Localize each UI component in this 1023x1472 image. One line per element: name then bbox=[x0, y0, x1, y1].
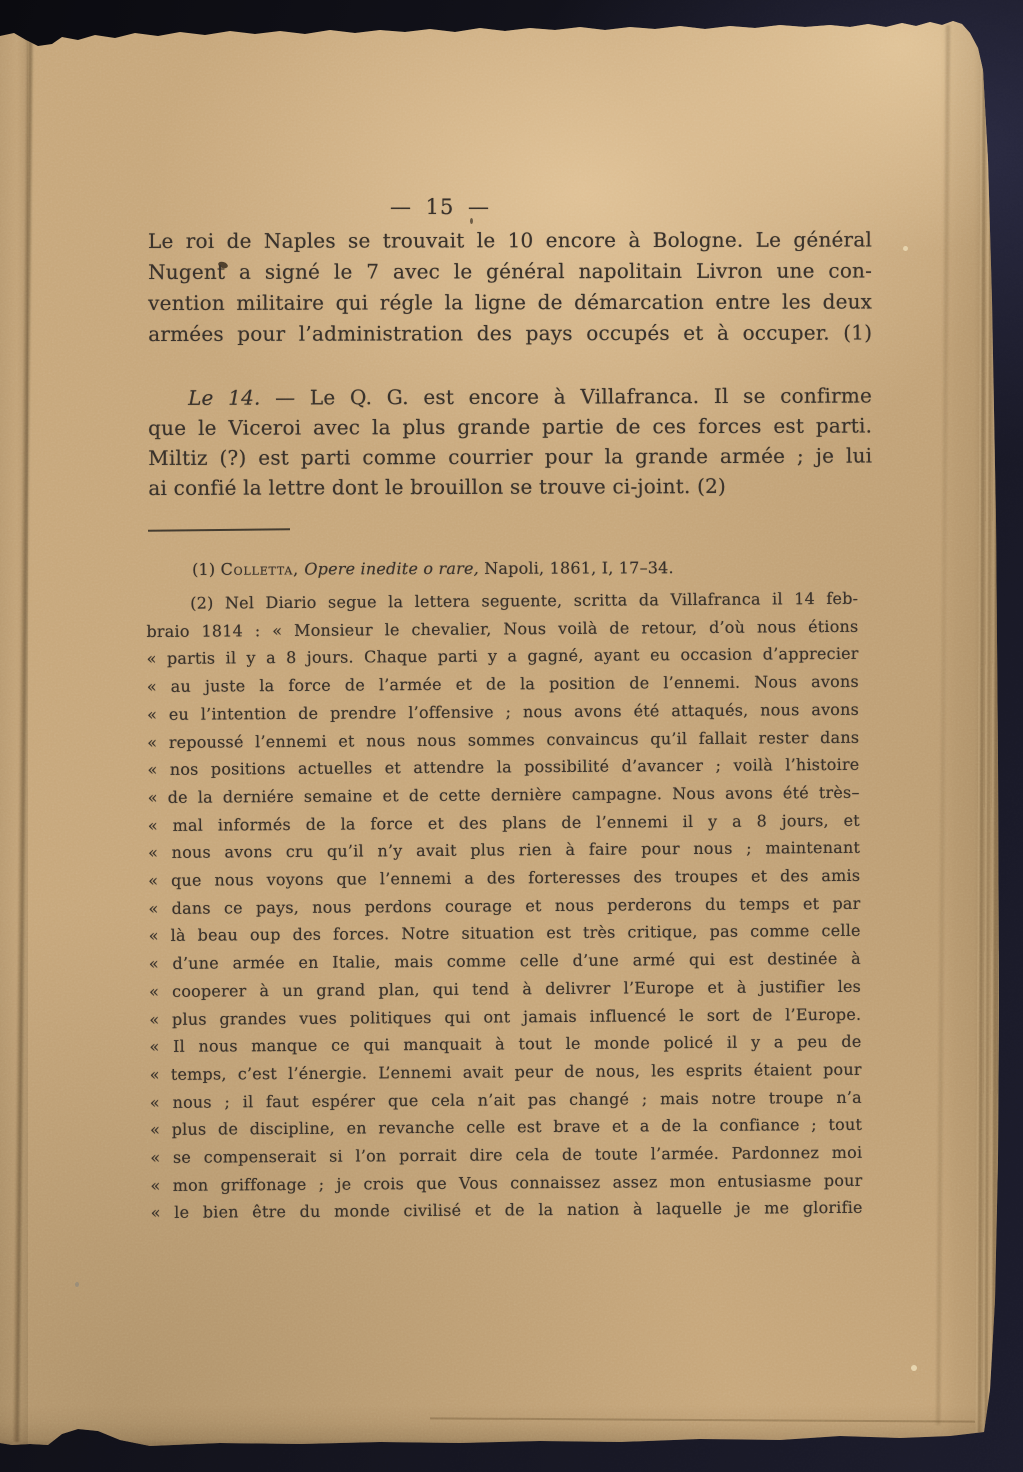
paragraph-diary-entry-le-14: Le 14. — Le Q. G. est encore à Villafran… bbox=[148, 380, 872, 503]
text-line: « le bien être du monde civilisé et de l… bbox=[151, 1194, 863, 1227]
footnote-work-title: Opere inedite o rare, bbox=[304, 559, 479, 579]
paper-fleck bbox=[903, 246, 908, 251]
page-number: — 15 — bbox=[148, 194, 732, 220]
paper-fleck bbox=[911, 1365, 917, 1371]
bottom-edge-shadow bbox=[0, 1405, 1002, 1450]
text-line: Miltiz (?) est parti comme courrier pour… bbox=[148, 440, 872, 473]
text-line: Le roi de Naples se trouvait le 10 encor… bbox=[148, 224, 872, 257]
footnote-2: (2) Nel Diario segue la lettera seguente… bbox=[146, 585, 863, 1227]
footnote-marker: (1) bbox=[192, 560, 215, 579]
paragraph-diary-continuation: Le roi de Naples se trouvait le 10 encor… bbox=[148, 224, 872, 350]
text-line: armées pour l’administration des pays oc… bbox=[148, 317, 872, 350]
text-line: Le 14. — Le Q. G. est encore à Villafran… bbox=[148, 380, 872, 413]
entry-date: Le 14. bbox=[188, 386, 261, 410]
book-scan-background: — 15 — Le roi de Naples se trouvait le 1… bbox=[0, 0, 1023, 1472]
text-line: que le Viceroi avec la plus grande parti… bbox=[148, 410, 872, 443]
paragraph-continuation-lines: que le Viceroi avec la plus grande parti… bbox=[148, 410, 872, 503]
text-line: vention militaire qui régle la ligne de … bbox=[148, 286, 872, 319]
entry-text: — Le Q. G. est encore à Villafranca. Il … bbox=[275, 383, 872, 409]
footnote-1: (1) Colletta, Opere inedite o rare, Napo… bbox=[148, 554, 860, 584]
footnote-separator-rule bbox=[148, 528, 290, 531]
book-page: — 15 — Le roi de Naples se trouvait le 1… bbox=[0, 0, 1023, 1472]
footnote-publication: Napoli, 1861, I, 17–34. bbox=[484, 558, 674, 578]
footnote-author: Colletta, bbox=[221, 559, 299, 578]
paper-fleck bbox=[75, 1282, 79, 1287]
text-line: ai confié la lettre dont le brouillon se… bbox=[148, 470, 872, 503]
page-edge-lines bbox=[976, 40, 1003, 1432]
text-line: Nugent a signé le 7 avec le général napo… bbox=[148, 255, 872, 288]
